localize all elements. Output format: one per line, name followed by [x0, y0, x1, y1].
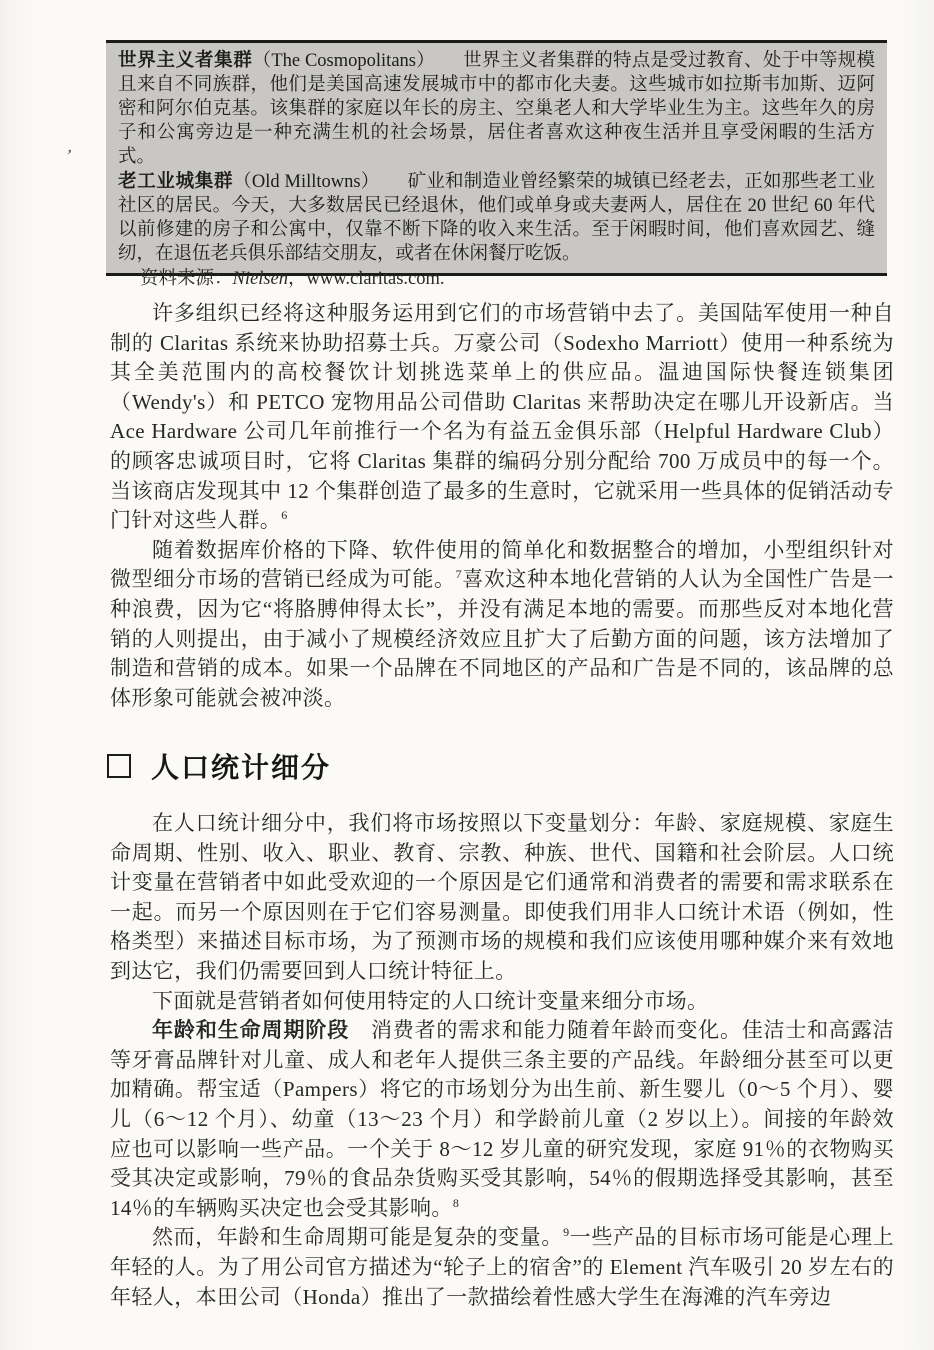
text-segment: 6 — [281, 508, 287, 522]
text-segment: 在人口统计细分中，我们将市场按照以下变量划分：年龄、家庭规模、家庭生命周期、性别… — [110, 811, 894, 983]
paragraph: 世界主义者集群（The Cosmopolitans） 世界主义者集群的特点是受过… — [118, 48, 875, 169]
paragraph: 随着数据库价格的下降、软件使用的简单化和数据整合的增加，小型组织针对微型细分市场… — [110, 536, 894, 714]
square-bullet-icon — [107, 754, 131, 778]
text-segment: 然而，年龄和生命周期可能是复杂的变量。 — [152, 1225, 563, 1249]
paragraph: 年龄和生命周期阶段 消费者的需求和能力随着年龄而变化。佳洁士和高露洁等牙膏品牌针… — [110, 1016, 894, 1223]
section-heading-label: 人口统计细分 — [151, 746, 331, 786]
text-segment: 世界主义者集群 — [118, 49, 253, 70]
body-text-block-lower: 在人口统计细分中，我们将市场按照以下变量划分：年龄、家庭规模、家庭生命周期、性别… — [110, 809, 894, 1312]
text-segment: ，www.claritas.com. — [288, 269, 445, 289]
text-segment: 消费者的需求和能力随着年龄而变化。佳洁士和高露洁等牙膏品牌针对儿童、成人和老年人… — [110, 1018, 894, 1220]
scan-speck-artifact: ’ — [65, 146, 73, 167]
text-segment: 8 — [453, 1196, 459, 1210]
paragraph: 然而，年龄和生命周期可能是复杂的变量。9一些产品的目标市场可能是心理上年轻的人。… — [110, 1223, 894, 1312]
section-heading-demographic-segmentation: 人口统计细分 — [107, 746, 331, 786]
paragraph: 许多组织已经将这种服务运用到它们的市场营销中去了。美国陆军使用一种自制的 Cla… — [110, 299, 894, 536]
source-line: 资料来源：Nielsen，www.claritas.com. — [140, 264, 445, 290]
paragraph: 下面就是营销者如何使用特定的人口统计变量来细分市场。 — [110, 987, 894, 1017]
body-text-block-upper: 许多组织已经将这种服务运用到它们的市场营销中去了。美国陆军使用一种自制的 Cla… — [110, 299, 894, 713]
paragraph: 在人口统计细分中，我们将市场按照以下变量划分：年龄、家庭规模、家庭生命周期、性别… — [110, 809, 894, 987]
text-segment: 资料来源： — [140, 269, 233, 289]
text-segment: 下面就是营销者如何使用特定的人口统计变量来细分市场。 — [152, 989, 708, 1013]
text-segment: 老工业城集群 — [118, 170, 233, 191]
text-segment: Nielsen — [233, 269, 289, 289]
paragraph: 老工业城集群（Old Milltowns） 矿业和制造业曾经繁荣的城镇已经老去，… — [118, 169, 875, 266]
cluster-definition-box: 世界主义者集群（The Cosmopolitans） 世界主义者集群的特点是受过… — [106, 40, 887, 276]
scanned-book-page: { "artifact": { "mark": "’" }, "box": { … — [0, 0, 934, 1350]
text-segment: 年龄和生命周期阶段 — [152, 1019, 349, 1042]
text-segment: 许多组织已经将这种服务运用到它们的市场营销中去了。美国陆军使用一种自制的 Cla… — [110, 301, 894, 532]
